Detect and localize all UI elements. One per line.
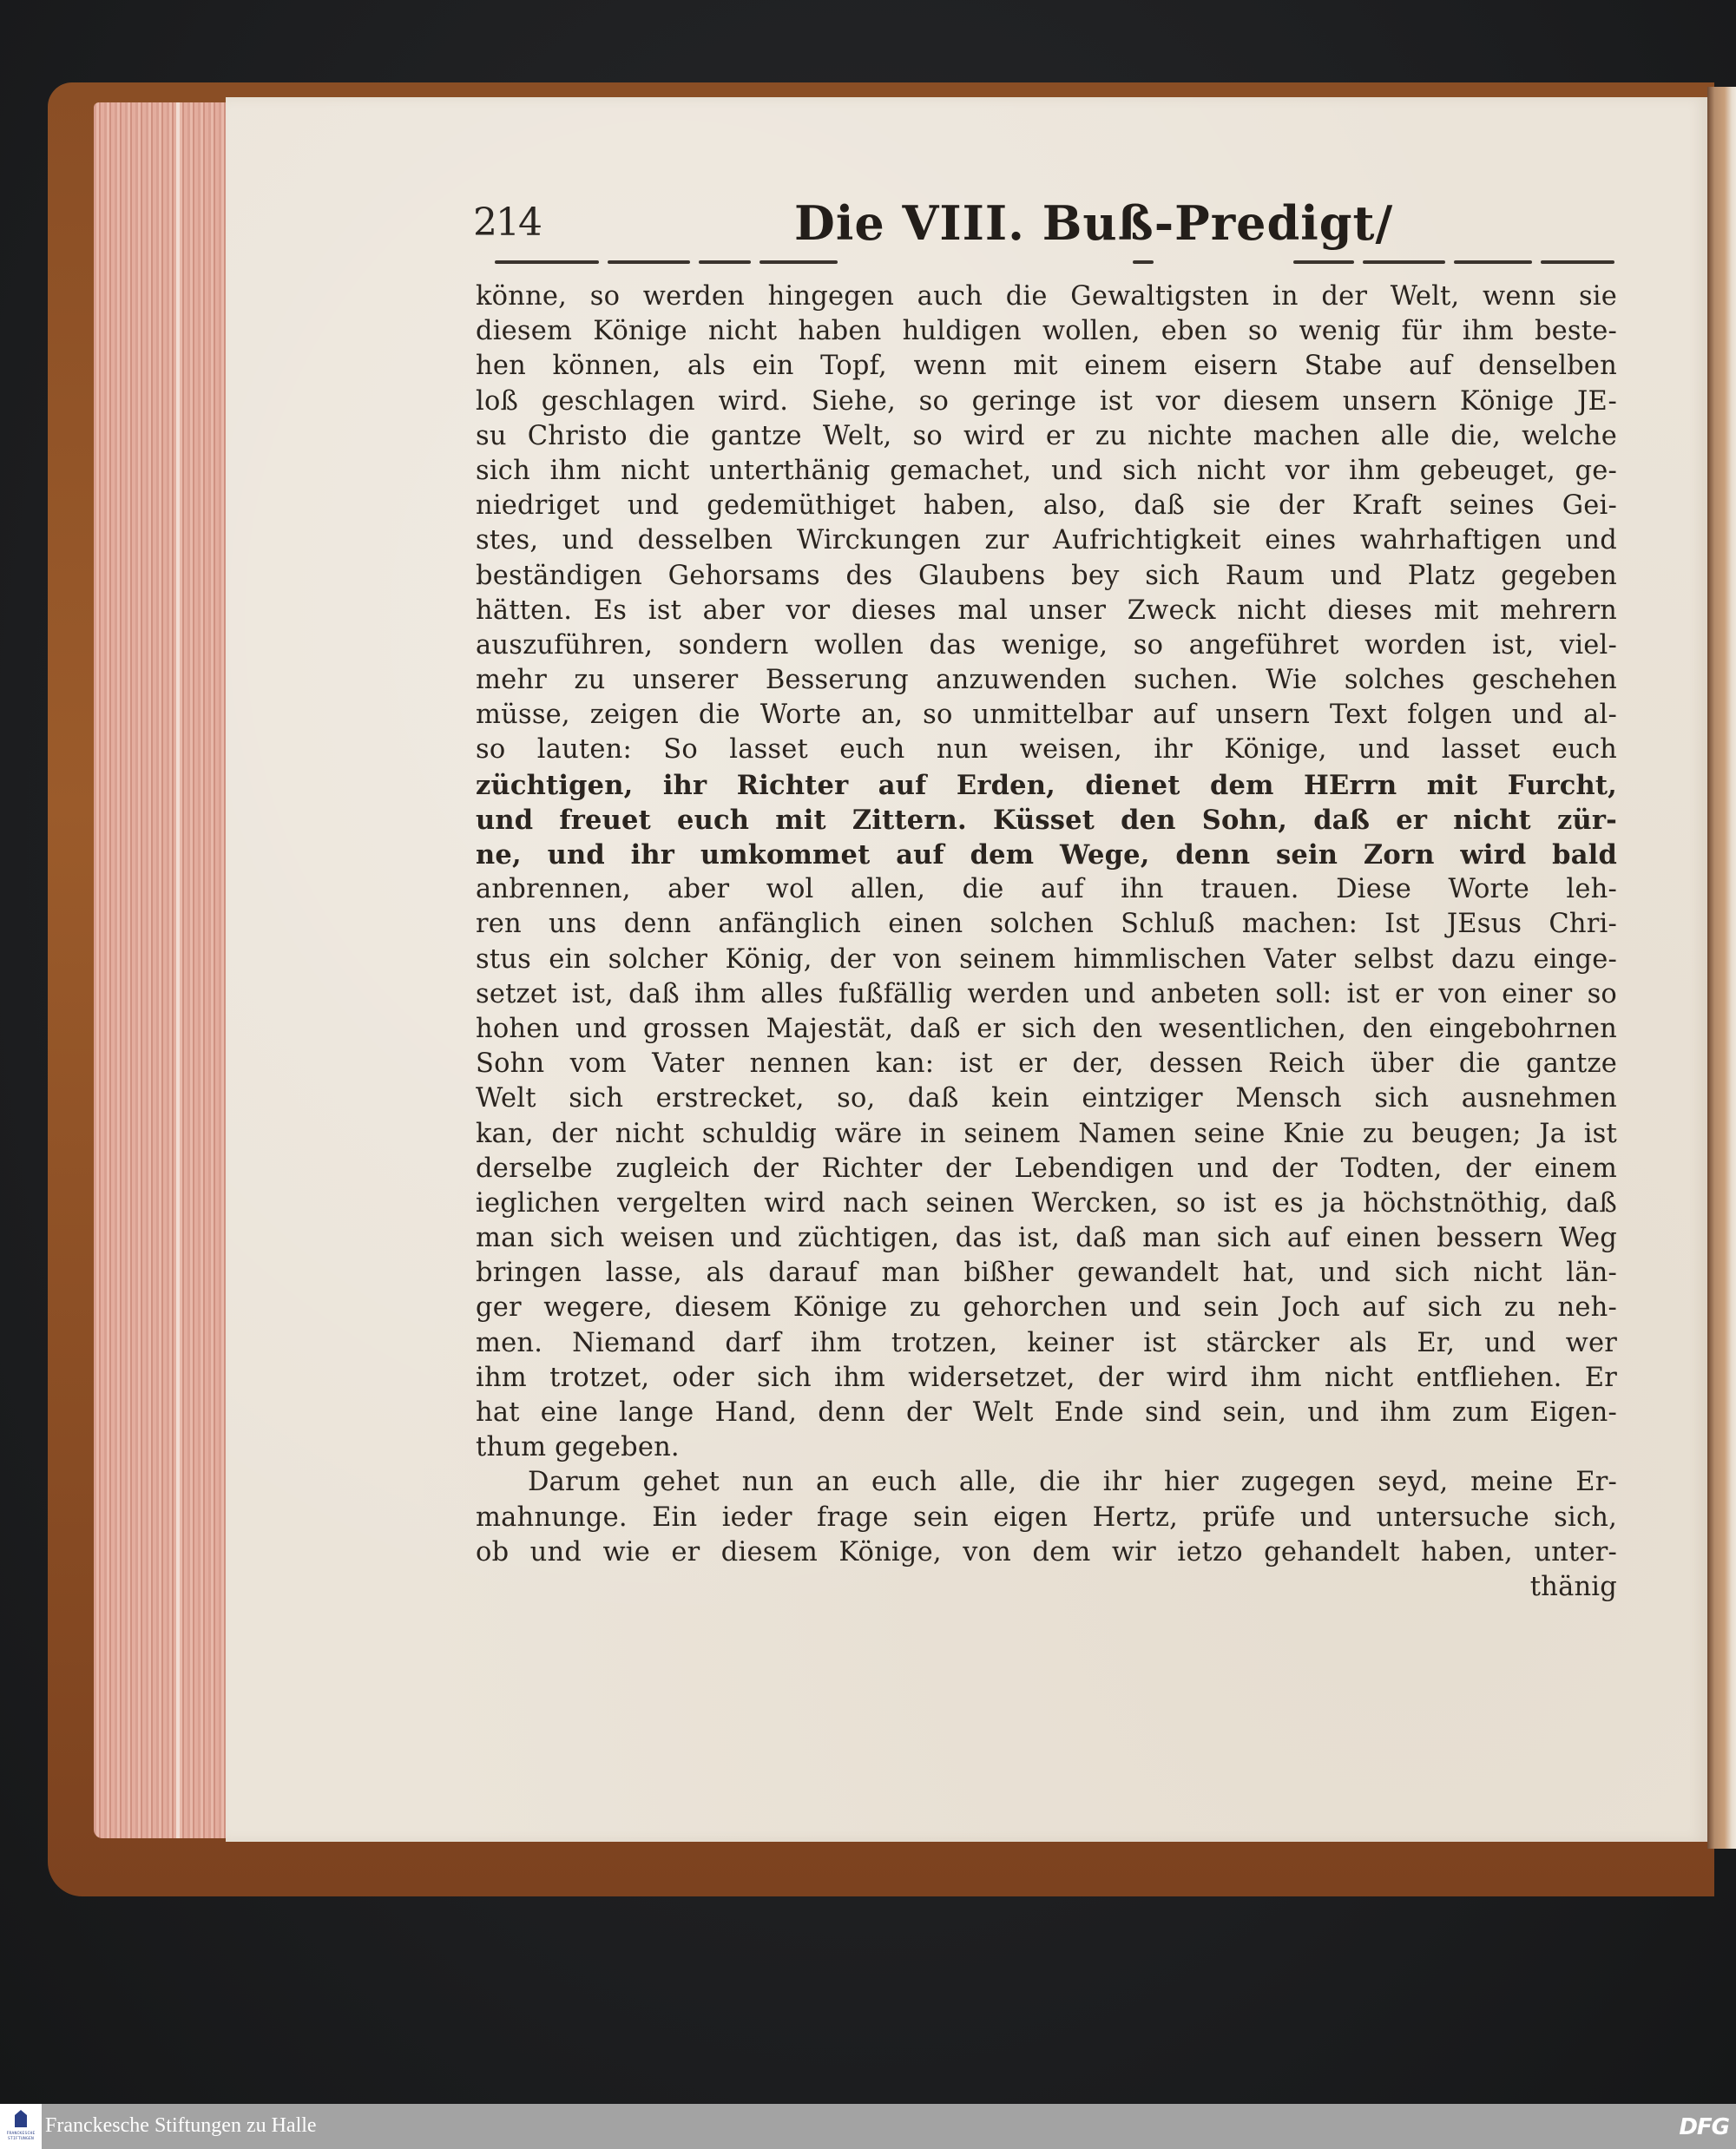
text-line: su Christo die gantze Welt, so wird er z…	[476, 419, 1617, 454]
text-line: mehr zu unserer Besserung anzuwenden suc…	[476, 663, 1617, 698]
text-line: loß geschlagen wird. Siehe, so geringe i…	[476, 384, 1617, 419]
institution-logo[interactable]: FRANCKESCHE STIFTUNGEN	[0, 2104, 42, 2149]
text-line: ihm trotzet, oder sich ihm widersetzet, …	[476, 1361, 1617, 1396]
page-edges	[94, 102, 233, 1838]
text-line: hohen und grossen Majestät, daß er sich …	[476, 1012, 1617, 1047]
text-line: mahnunge. Ein ieder frage sein eigen Her…	[476, 1501, 1617, 1535]
text-line-quote: und freuet euch mit Zittern. Küsset den …	[476, 803, 1617, 838]
text-line-quote: ne, und ihr umkommet auf dem Wege, denn …	[476, 838, 1617, 872]
text-line: thum gegeben.	[476, 1430, 1617, 1465]
text-line: könne, so werden hingegen auch die Gewal…	[476, 279, 1617, 314]
text-line: ren uns denn anfänglich einen solchen Sc…	[476, 907, 1617, 942]
text-line: kan, der nicht schuldig wäre in seinem N…	[476, 1117, 1617, 1152]
text-line: hätten. Es ist aber vor dieses mal unser…	[476, 594, 1617, 628]
text-line: auszuführen, sondern wollen das wenige, …	[476, 628, 1617, 663]
text-line: diesem Könige nicht haben huldigen wolle…	[476, 314, 1617, 349]
facing-page-gutter	[1707, 87, 1736, 1849]
text-line: man sich weisen und züchtigen, das ist, …	[476, 1221, 1617, 1256]
text-line-quote: züchtigen, ihr Richter auf Erden, dienet…	[476, 768, 1617, 803]
logo-figure-icon	[15, 2110, 27, 2127]
logo-caption: FRANCKESCHE STIFTUNGEN	[1, 2132, 41, 2142]
text-line: stes, und desselben Wirckungen zur Aufri…	[476, 523, 1617, 558]
dfg-logo[interactable]: DFG	[1679, 2114, 1729, 2140]
text-line: beständigen Gehorsams des Glaubens bey s…	[476, 559, 1617, 594]
text-line: Welt sich erstrecket, so, daß kein eintz…	[476, 1081, 1617, 1116]
text-line: stus ein solcher König, der von seinem h…	[476, 943, 1617, 977]
header-rule	[495, 260, 1614, 266]
text-line: derselbe zugleich der Richter der Lebend…	[476, 1152, 1617, 1186]
footer-bar: FRANCKESCHE STIFTUNGEN Franckesche Stift…	[0, 2104, 1736, 2149]
text-line: ob und wie er diesem Könige, von dem wir…	[476, 1535, 1617, 1570]
text-line: müsse, zeigen die Worte an, so unmittelb…	[476, 698, 1617, 733]
text-line: anbrennen, aber wol allen, die auf ihn t…	[476, 872, 1617, 907]
catchword: thänig	[476, 1570, 1617, 1605]
text-line: Sohn vom Vater nennen kan: ist er der, d…	[476, 1047, 1617, 1081]
body-text: könne, so werden hingegen auch die Gewal…	[476, 279, 1617, 1605]
text-line: men. Niemand darf ihm trotzen, keiner is…	[476, 1326, 1617, 1361]
text-line: sich ihm nicht unterthänig gemachet, und…	[476, 454, 1617, 489]
text-line: ieglichen vergelten wird nach seinen Wer…	[476, 1186, 1617, 1221]
text-line: hen können, als ein Topf, wenn mit einem…	[476, 349, 1617, 384]
running-title: Die VIII. Buß-Predigt/	[794, 195, 1393, 251]
text-line: bringen lasse, als darauf man bißher gew…	[476, 1256, 1617, 1291]
text-line: niedriget und gedemüthiget haben, also, …	[476, 489, 1617, 523]
text-line: hat eine lange Hand, denn der Welt Ende …	[476, 1396, 1617, 1430]
text-line-paragraph-start: Darum gehet nun an euch alle, die ihr hi…	[476, 1465, 1617, 1500]
page-number: 214	[473, 200, 541, 245]
text-line-quote: so lauten: So lasset euch nun weisen, ih…	[476, 733, 1617, 767]
text-line: ger wegere, diesem Könige zu gehorchen u…	[476, 1291, 1617, 1325]
page-header: 214 Die VIII. Buß-Predigt/	[473, 195, 1627, 256]
institution-name[interactable]: Franckesche Stiftungen zu Halle	[45, 2114, 317, 2138]
text-line: setzet ist, daß ihm alles fußfällig werd…	[476, 977, 1617, 1012]
